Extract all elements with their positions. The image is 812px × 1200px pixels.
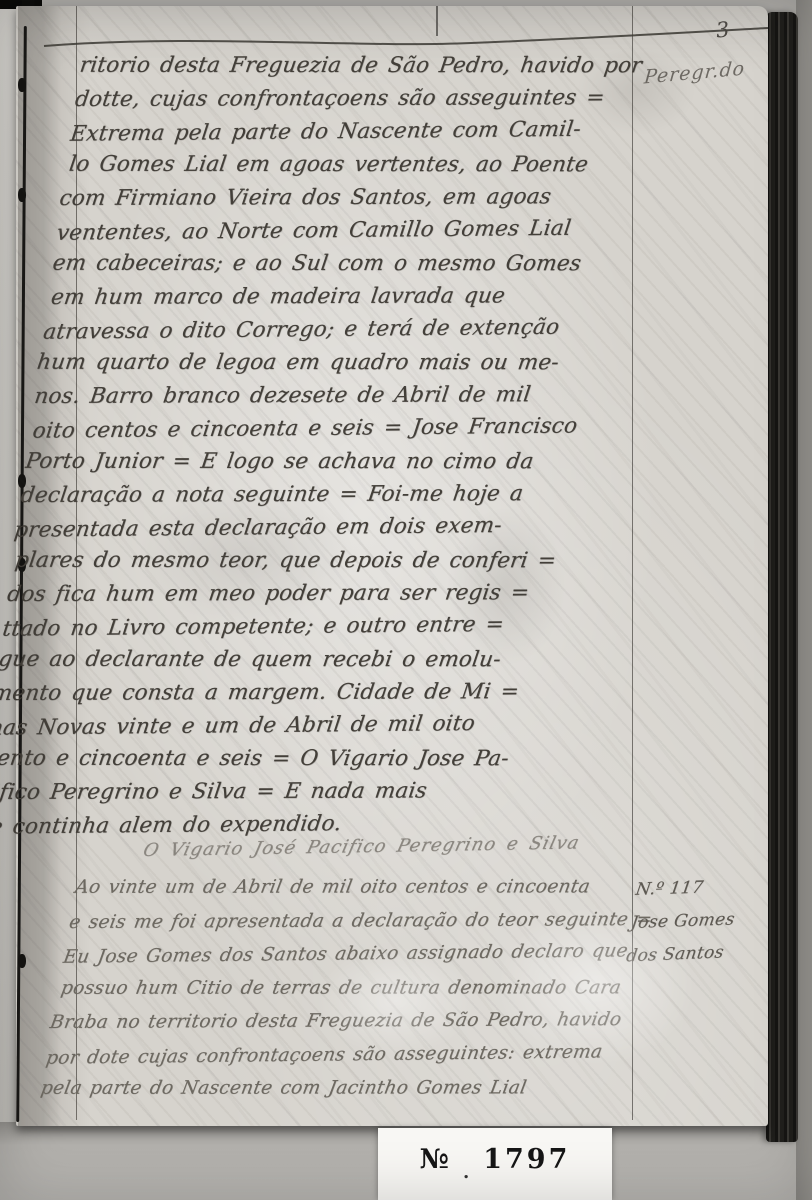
manuscript-line: cifico Peregrino e Silva = E nada mais: [0, 774, 539, 809]
manuscript-line: hum quarto de legoa em quadro mais ou me…: [35, 346, 598, 379]
manuscript-line: ttado no Livro competente; e outro entre…: [0, 607, 561, 645]
scanned-register-photo: 3 Peregr.do ritorio desta Freguezia de S…: [0, 0, 812, 1200]
manuscript-line: ritorio desta Freguezia de São Pedro, ha…: [78, 49, 639, 82]
manuscript-line: em hum marco de madeira lavrada que: [49, 279, 607, 314]
manuscript-line: nas Novas vinte e um de Abril de mil oit…: [0, 706, 548, 744]
manuscript-line: dos fica hum em meo poder para ser regis…: [5, 576, 566, 611]
margin-annotation-line: N.º 117: [633, 870, 768, 907]
manuscript-line: gue ao declarante de quem recebi o emolu…: [0, 643, 557, 676]
page-number: 3: [715, 17, 731, 42]
photo-right-margin: [796, 0, 812, 1200]
manuscript-entry-1: ritorio desta Freguezia de São Pedro, ha…: [0, 48, 638, 842]
margin-note-peregrino: Peregr.do: [643, 57, 746, 88]
manuscript-line: nos. Barro branco dezesete de Abril de m…: [32, 378, 593, 413]
manuscript-line: declaração a nota seguinte = Foi-me hoje…: [19, 477, 580, 512]
manuscript-line: dotte, cujas confrontaçoens são asseguin…: [73, 81, 634, 116]
registry-number-slip: № . 1797: [378, 1128, 612, 1200]
manuscript-line: oito centos e cincoenta e seis = Jose Fr…: [31, 409, 589, 447]
margin-annotation-line: dos Santos: [624, 935, 759, 973]
margin-annotation-entry-2: N.º 117Jose Gomesdos Santos: [624, 869, 769, 972]
stitch-mark: [18, 78, 26, 92]
numero-separator: .: [463, 1162, 469, 1183]
page-stack-edge: [766, 12, 798, 1142]
manuscript-line: Ao vinte um de Abril de mil oito centos …: [72, 870, 640, 904]
manuscript-line: pela parte do Nascente com Jacintho Gome…: [38, 1071, 606, 1105]
manuscript-line: Eu Jose Gomes dos Santos abaixo assignad…: [61, 934, 630, 974]
manuscript-line: Extrema pela parte do Nascente com Camil…: [68, 112, 629, 150]
manuscript-line: plares do mesmo teor, que depois de conf…: [13, 544, 571, 577]
manuscript-line: presentada esta declaração em dois exem-: [12, 508, 575, 546]
stitch-mark: [18, 188, 26, 202]
manuscript-line: Porto Junior = E logo se achava no cimo …: [23, 445, 584, 478]
manuscript-entry-2: Ao vinte um de Abril de mil oito centos …: [38, 869, 641, 1106]
manuscript-line: por dote cujas confrontaçoens são assegu…: [43, 1035, 612, 1075]
margin-annotation-line: Jose Gomes: [629, 902, 764, 940]
manuscript-line: mento que consta a margem. Cidade de Mi …: [0, 675, 552, 710]
manuscript-line: vententes, ao Norte com Camillo Gomes Li…: [55, 211, 616, 249]
manuscript-line: e seis me foi apresentada a declaração d…: [67, 903, 635, 939]
manuscript-line: cento e cincoenta e seis = O Vigario Jos…: [0, 742, 543, 775]
registry-number: 1797: [483, 1144, 570, 1175]
manuscript-line: lo Gomes Lial em agoas vertentes, ao Poe…: [67, 148, 625, 181]
manuscript-line: com Firmiano Vieira dos Santos, em agoas: [57, 180, 620, 215]
stitch-mark: [18, 954, 26, 968]
manuscript-line: possuo hum Citio de terras de cultura de…: [58, 971, 623, 1005]
manuscript-line: Braba no territorio desta Freguezia de S…: [47, 1003, 617, 1039]
manuscript-line: em cabeceiras; e ao Sul com o mesmo Gome…: [50, 247, 611, 280]
manuscript-line: atravessa o dito Corrego; e terá de exte…: [41, 310, 602, 348]
book-page: 3 Peregr.do ritorio desta Freguezia de S…: [16, 6, 768, 1126]
numero-label: №: [420, 1144, 449, 1175]
